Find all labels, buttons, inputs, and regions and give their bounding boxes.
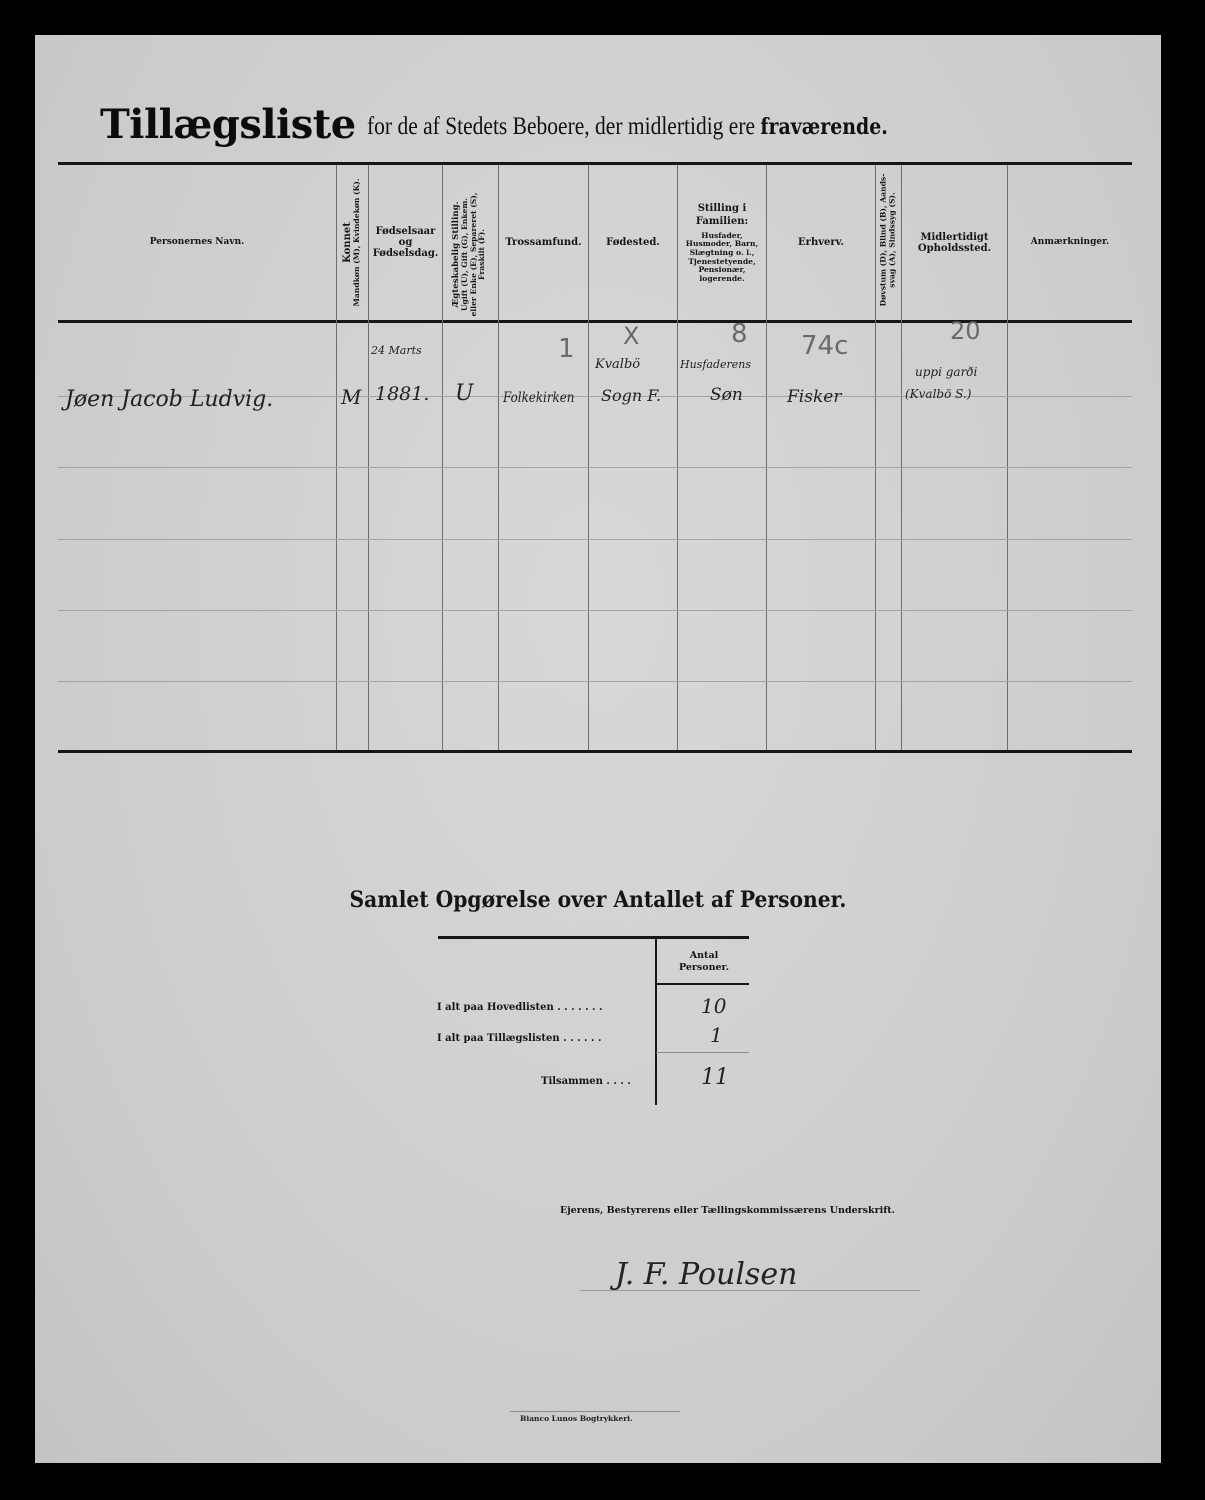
row-rule: [58, 610, 1132, 611]
header-fodested: Fødested.: [589, 165, 677, 320]
cell-aegteskab: U: [455, 381, 474, 406]
cell-stilling-code: 8: [731, 319, 748, 349]
cell-navn: Jøen Jacob Ludvig.: [65, 387, 273, 412]
summary-label-hovedlisten: I alt paa Hovedlisten . . . . . . .: [437, 1002, 602, 1013]
header-stilling: Stilling i Familien: Husfader, Husmoder,…: [678, 165, 766, 320]
header-erhverv: Erhverv.: [767, 165, 875, 320]
cell-opholdssted-top: uppi garði: [915, 365, 977, 379]
signature-caption: Ejerens, Bestyrerens eller Tællingskommi…: [560, 1205, 895, 1216]
cell-fodested-top: Kvalbö: [595, 357, 640, 372]
header-kjon-bottom: Mandkøn (M), Kvindekøn (K).: [353, 179, 362, 307]
printer-credit: Bianco Lunos Bogtrykkeri.: [520, 1414, 633, 1423]
cell-erhverv: Fisker: [787, 387, 841, 407]
header-kjon: Konnet Mandkøn (M), Kvindekøn (K).: [337, 165, 368, 320]
summary-value-hovedlisten: 10: [701, 994, 726, 1018]
header-anm: Anmærkninger.: [1008, 165, 1132, 320]
header-tros: Trossamfund.: [499, 165, 588, 320]
form-subtitle: for de af Stedets Beboere, der midlertid…: [367, 113, 888, 141]
summary-value-tillaegslisten: 1: [710, 1023, 723, 1047]
printer-rule: [510, 1411, 680, 1412]
signature-line: [580, 1290, 920, 1291]
row-rule: [58, 681, 1132, 682]
signature: J. F. Poulsen: [615, 1257, 797, 1292]
header-handicap-l2: svag (A), Sindssyg (S).: [889, 192, 898, 287]
summary-header-rule: [656, 983, 749, 985]
census-form-page: Tillægsliste for de af Stedets Beboere, …: [35, 35, 1161, 1463]
row-rule: [58, 539, 1132, 540]
summary-title: Samlet Opgørelse over Antallet af Person…: [80, 887, 1116, 913]
cell-stilling-top: Husfaderens: [680, 358, 751, 371]
summary-top-rule: [438, 936, 749, 939]
header-aegteskab: Ægteskabelig Stilling. Ugift (U), Gift (…: [442, 177, 497, 332]
cell-tros: Folkekirken: [503, 390, 574, 406]
form-title: Tillægsliste: [100, 101, 356, 148]
header-fodsel: Fødselsaar og Fødselsdag.: [369, 165, 442, 320]
table-bottom-rule: [58, 750, 1132, 753]
cell-fodested-bottom: Sogn F.: [601, 386, 661, 405]
summary-label-tillaegslisten: I alt paa Tillægslisten . . . . . .: [437, 1033, 601, 1044]
header-handicap: Døvstum (D), Blind (B), Aands- svag (A),…: [876, 163, 902, 318]
cell-stilling-bottom: Søn: [710, 385, 743, 405]
cell-tros-code: 1: [558, 334, 575, 364]
header-stilling-top: Stilling i Familien:: [681, 202, 763, 228]
summary-label-tilsammen: Tilsammen . . . .: [541, 1076, 631, 1087]
cell-fodsel-year: 1881.: [375, 383, 429, 405]
summary-column-header: Antal Personer.: [669, 942, 739, 982]
header-navn: Personernes Navn.: [58, 165, 336, 320]
header-stilling-detail: Husfader, Husmoder, Barn, Slægtning o. l…: [681, 232, 763, 284]
cell-opholdssted-code: 20: [950, 317, 981, 345]
form-subtitle-bold: fraværende.: [760, 114, 887, 140]
cell-erhverv-code: 74c: [801, 331, 848, 361]
row-rule: [58, 467, 1132, 468]
header-opholdssted: Midlertidigt Opholdssted.: [902, 165, 1007, 320]
summary-subtotal-rule: [656, 1052, 749, 1053]
cell-fodested-code: X: [623, 322, 639, 350]
cell-fodsel-day: 24 Marts: [371, 344, 422, 357]
summary-value-tilsammen: 11: [701, 1065, 729, 1090]
form-subtitle-text: for de af Stedets Beboere, der midlertid…: [367, 113, 755, 140]
summary-vertical-rule: [655, 939, 657, 1105]
header-aegteskab-l4: Fraskilt (F).: [478, 229, 487, 280]
cell-kjon: M: [341, 385, 361, 409]
cell-opholdssted-bottom: (Kvalbö S.): [905, 387, 971, 401]
